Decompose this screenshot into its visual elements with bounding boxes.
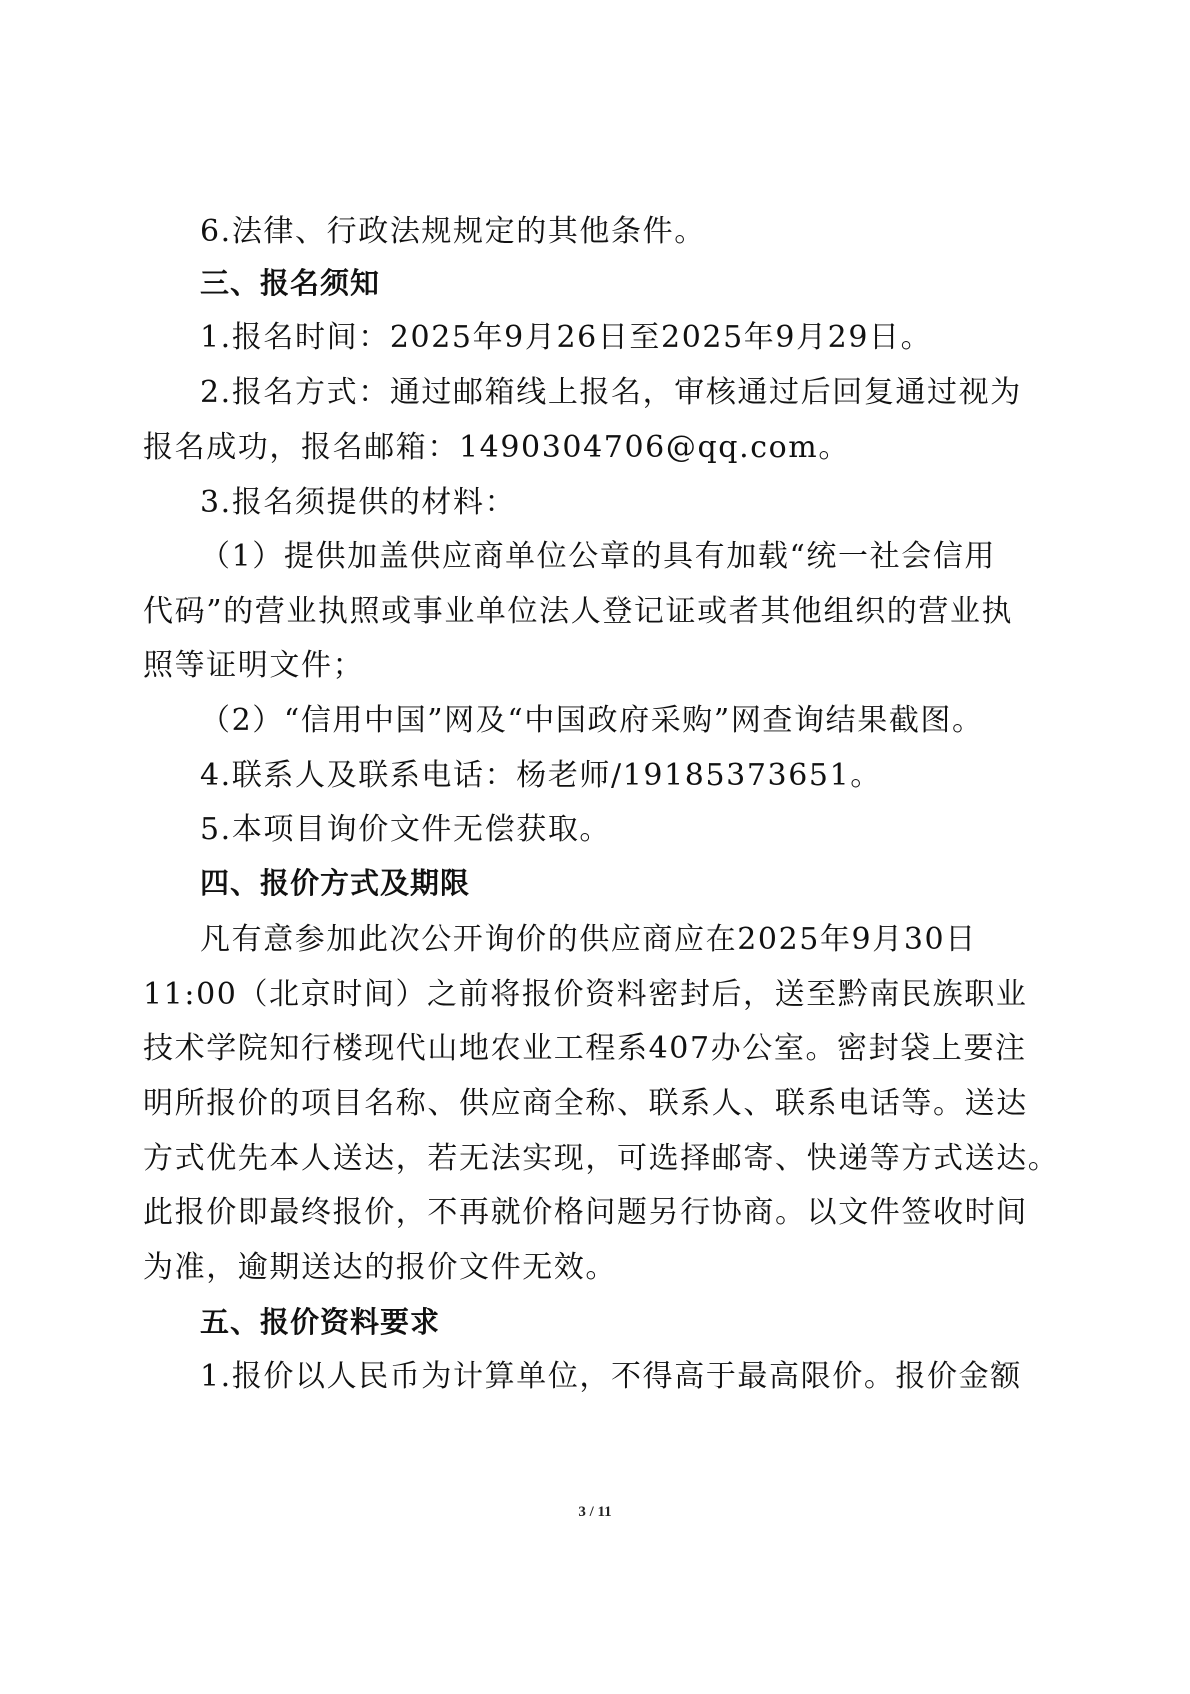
quotation-para-line-3: 技术学院知行楼现代山地农业工程系407办公室。密封袋上要注 [143,1029,976,1069]
required-materials-title: 3.报名须提供的材料： [200,483,976,523]
registration-time: 1.报名时间：2025年9月26日至2025年9月29日。 [200,318,976,358]
section-heading-registration: 三、报名须知 [200,263,976,303]
registration-method: 2.报名方式：通过邮箱线上报名，审核通过后回复通过视为 [200,373,976,413]
page-number: 3 / 11 [0,1504,1190,1521]
quotation-para-line-2: 11:00（北京时间）之前将报价资料密封后，送至黔南民族职业 [143,975,976,1015]
quotation-para-line-4: 明所报价的项目名称、供应商全称、联系人、联系电话等。送达 [143,1084,976,1124]
contact-info: 4.联系人及联系电话：杨老师/19185373651。 [200,756,976,796]
document-free-note: 5.本项目询价文件无偿获取。 [200,810,976,850]
condition-item-6: 6.法律、行政法规规定的其他条件。 [200,212,976,252]
quotation-para-line-6: 此报价即最终报价，不再就价格问题另行协商。以文件签收时间 [143,1193,976,1233]
quotation-para-line-7: 为准，逾期送达的报价文件无效。 [143,1248,976,1288]
section-heading-quotation: 四、报价方式及期限 [200,863,976,903]
material-item-1-cont: 代码”的营业执照或事业单位法人登记证或者其他组织的营业执 [143,592,976,632]
section-heading-materials: 五、报价资料要求 [200,1302,976,1342]
material-item-2: （2）“信用中国”网及“中国政府采购”网查询结果截图。 [200,701,976,741]
registration-email: 报名成功，报名邮箱：1490304706@qq.com。 [143,428,976,468]
document-page: 6.法律、行政法规规定的其他条件。 三、报名须知 1.报名时间：2025年9月2… [0,0,1190,1694]
quotation-para-line-5: 方式优先本人送达，若无法实现，可选择邮寄、快递等方式送达。 [143,1139,976,1179]
quotation-para-line-1: 凡有意参加此次公开询价的供应商应在2025年9月30日 [200,920,976,960]
materials-item-1: 1.报价以人民币为计算单位，不得高于最高限价。报价金额 [200,1357,976,1397]
material-item-1-end: 照等证明文件； [143,646,976,686]
material-item-1: （1）提供加盖供应商单位公章的具有加载“统一社会信用 [200,537,976,577]
